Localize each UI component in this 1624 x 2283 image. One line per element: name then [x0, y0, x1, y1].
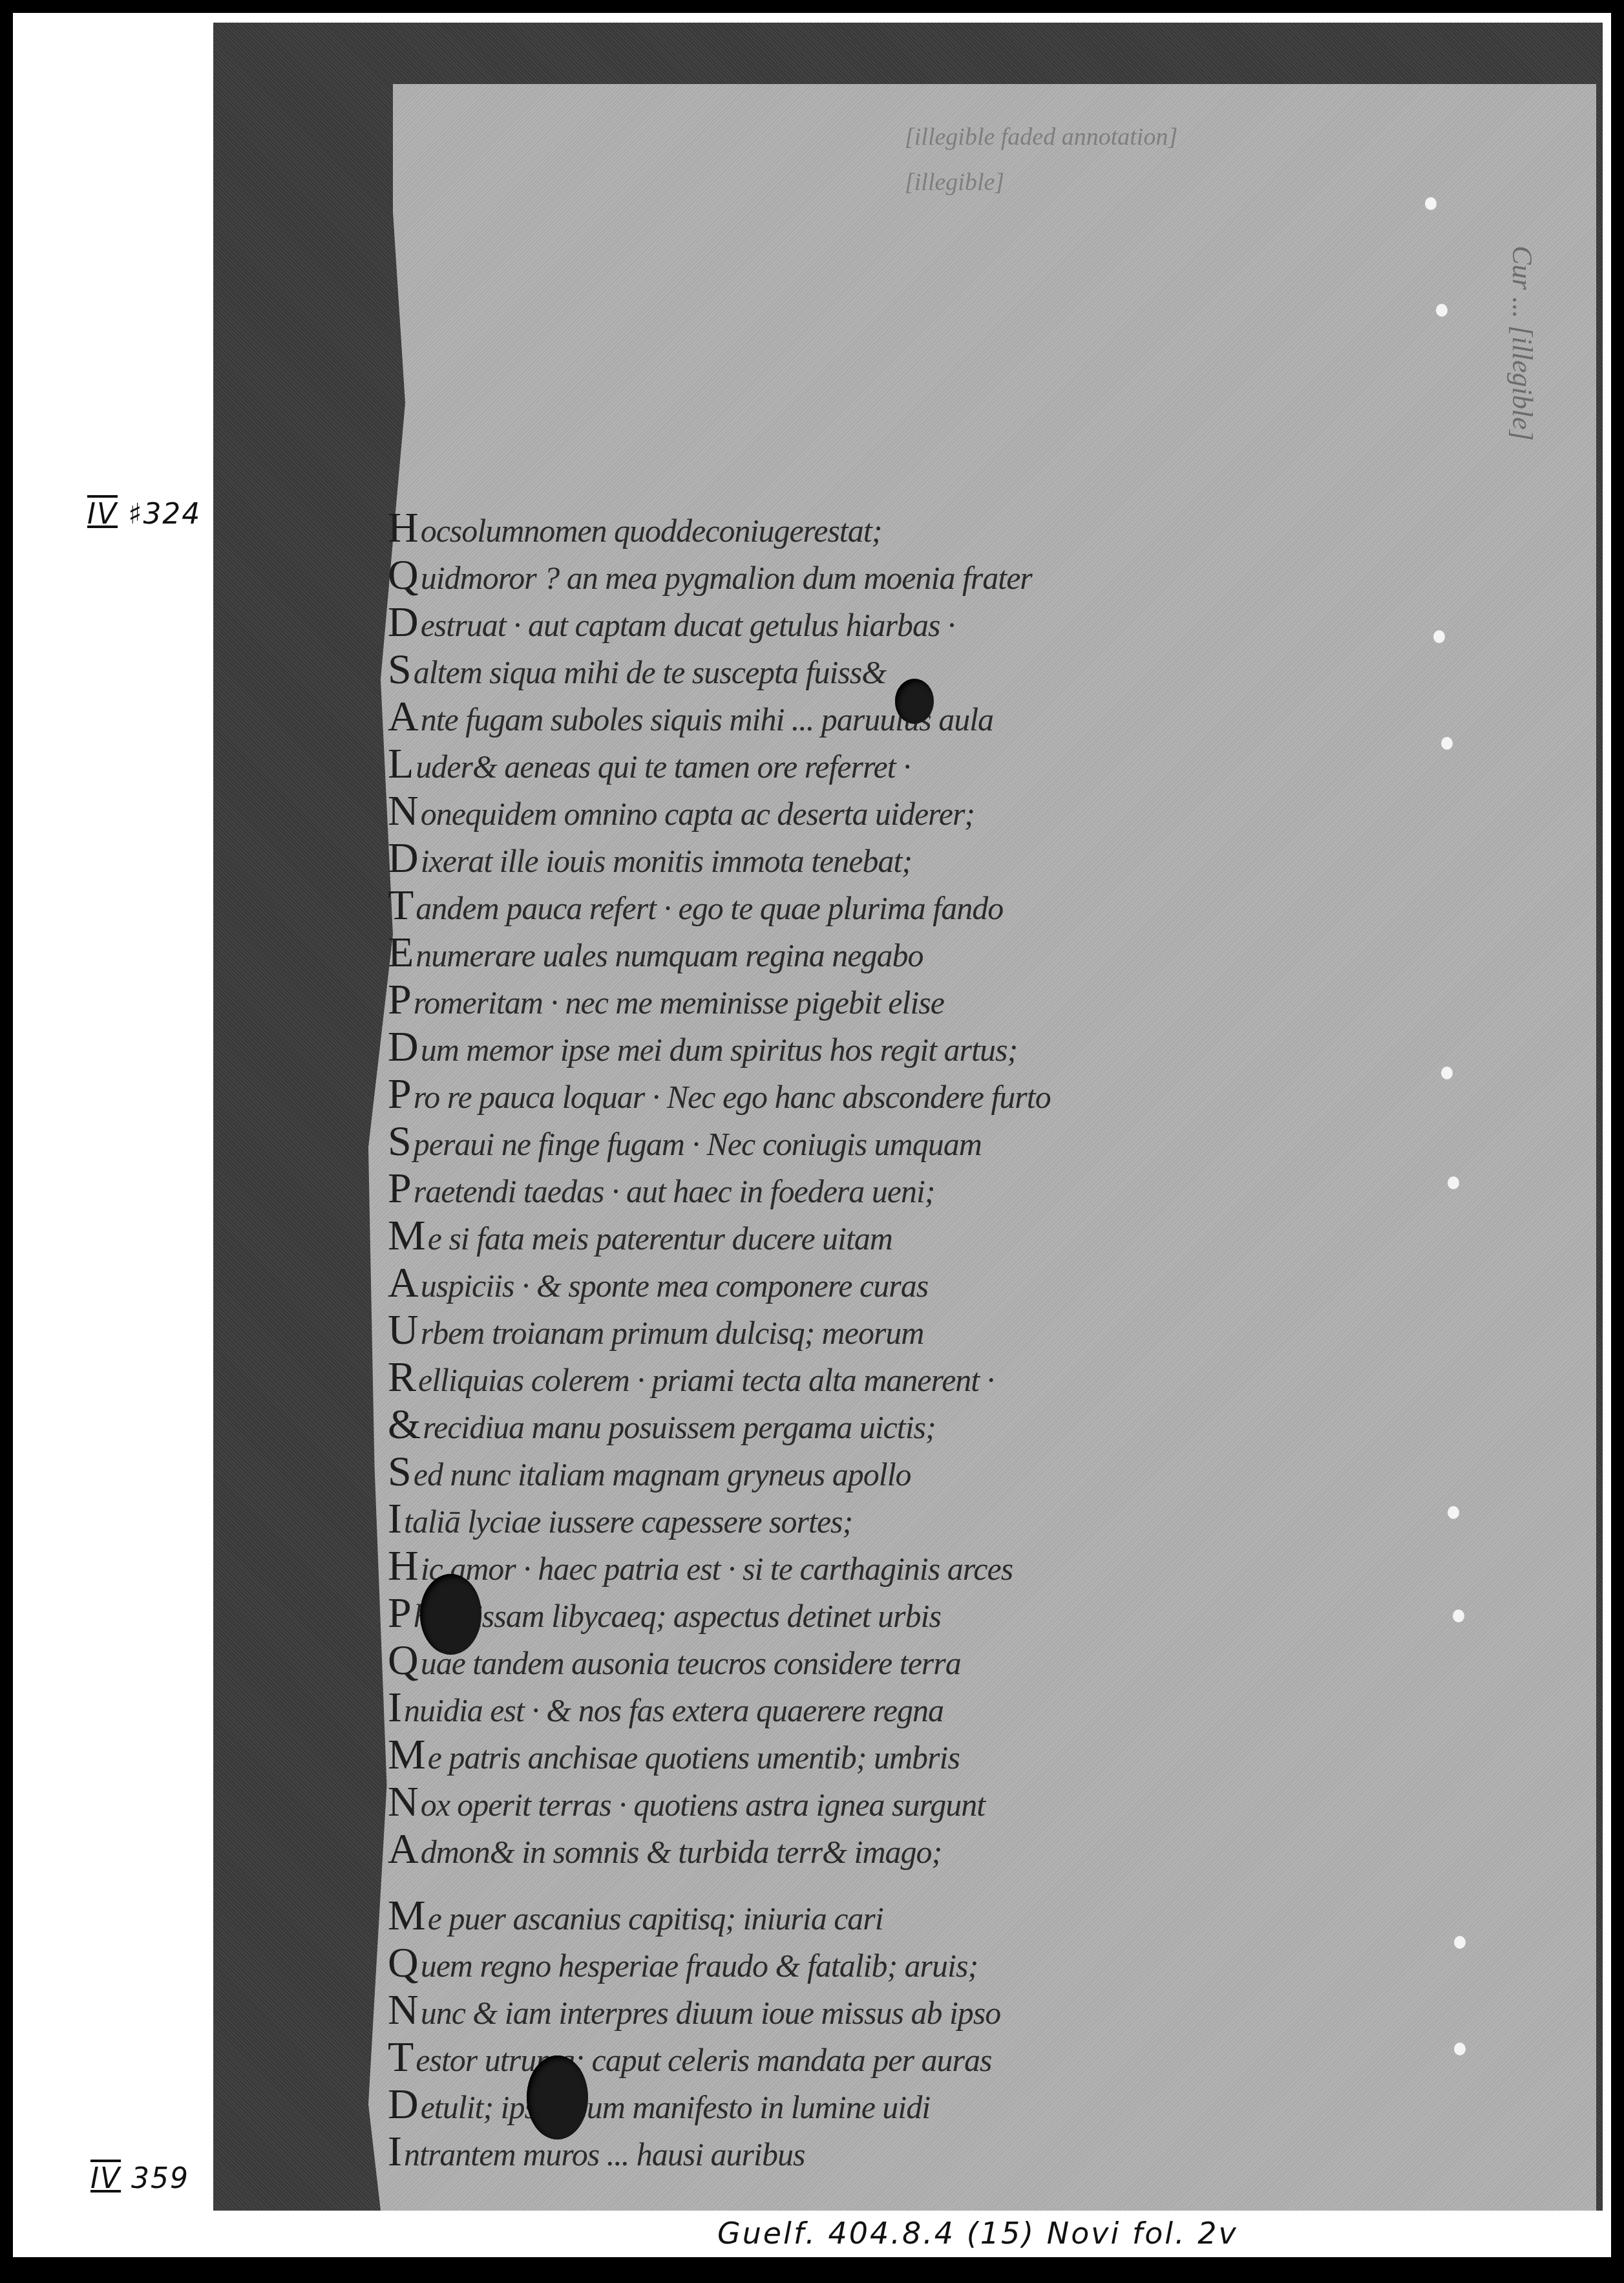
line-text: ic amor · haec patria est · si te cartha…: [421, 1551, 1013, 1587]
initial: T: [388, 2033, 413, 2081]
line-text: uae tandem ausonia teucros considere ter…: [421, 1645, 961, 1681]
initial: L: [388, 740, 413, 787]
manuscript-line: Pro re pauca loquar · Nec ego hanc absco…: [388, 1070, 1357, 1118]
white-spot: [1441, 737, 1453, 750]
initial: S: [388, 1118, 411, 1165]
initial: I: [388, 1495, 401, 1542]
white-spot: [1441, 1067, 1453, 1079]
line-text: ixerat ille iouis monitis immota tenebat…: [421, 843, 912, 879]
initial: D: [388, 599, 418, 646]
white-spot: [1436, 304, 1448, 317]
parchment-hole: [527, 2055, 588, 2140]
initial: M: [388, 1892, 425, 1939]
manuscript-line: Speraui ne finge fugam · Nec coniugis um…: [388, 1118, 1357, 1165]
line-text: uidmoror ? an mea pygmalion dum moenia f…: [421, 560, 1032, 596]
white-spot: [1448, 1506, 1459, 1519]
white-spot: [1454, 2043, 1466, 2055]
line-text: e si fata meis paterentur ducere uitam: [428, 1220, 892, 1257]
initial: Q: [388, 1939, 418, 1986]
initial: &: [388, 1401, 420, 1448]
initial: H: [388, 1542, 418, 1589]
initial: N: [388, 1778, 418, 1825]
line-text: etulit; ipse deum manifesto in lumine ui…: [421, 2089, 930, 2125]
manuscript-line: Destruat · aut captam ducat getulus hiar…: [388, 599, 1357, 646]
line-text: ocsolumnomen quoddeconiugerestat;: [421, 513, 882, 549]
manuscript-line: Ante fugam suboles siquis mihi ... paruu…: [388, 693, 1357, 740]
initial: Q: [388, 1637, 418, 1684]
manuscript-line: Enumerare uales numquam regina negabo: [388, 929, 1357, 976]
line-text: uder& aeneas qui te tamen ore referret ·: [416, 749, 910, 785]
initial: H: [388, 504, 418, 551]
line-text: estruat · aut captam ducat getulus hiarb…: [421, 607, 955, 643]
initial: A: [388, 1825, 418, 1873]
manuscript-line: Hic amor · haec patria est · si te carth…: [388, 1542, 1357, 1589]
line-text: uem regno hesperiae fraudo & fatalib; ar…: [421, 1948, 978, 1984]
line-text: um memor ipse mei dum spiritus hos regit…: [421, 1032, 1017, 1068]
initial: R: [388, 1354, 416, 1401]
shelfmark-caption: Guelf. 404.8.4 (15) Novi fol. 2v: [717, 2216, 1238, 2251]
manuscript-line: Luder& aeneas qui te tamen ore referret …: [388, 740, 1357, 787]
initial: Q: [388, 551, 418, 599]
initial: I: [388, 2128, 401, 2175]
initial: A: [388, 693, 418, 740]
manuscript-line: Inuidia est · & nos fas extera quaerere …: [388, 1684, 1357, 1731]
line-text: ox operit terras · quotiens astra ignea …: [421, 1787, 985, 1823]
parchment-hole: [895, 679, 934, 724]
white-spot: [1433, 630, 1445, 643]
initial: D: [388, 2081, 418, 2128]
line-text: e puer ascanius capitisq; iniuria cari: [428, 1900, 883, 1937]
line-text: uspiciis · & sponte mea componere curas: [421, 1268, 928, 1304]
manuscript-line: Dum memor ipse mei dum spiritus hos regi…: [388, 1023, 1357, 1070]
manuscript-line: Nox operit terras · quotiens astra ignea…: [388, 1778, 1357, 1825]
line-text: e patris anchisae quotiens umentib; umbr…: [428, 1739, 960, 1776]
line-number: 324: [143, 498, 201, 531]
manuscript-line: Relliquias colerem · priami tecta alta m…: [388, 1354, 1357, 1401]
manuscript-line: Admon& in somnis & turbida terr& imago;: [388, 1825, 1357, 1873]
line-text: numerare uales numquam regina negabo: [416, 937, 923, 973]
manuscript-line: Quidmoror ? an mea pygmalion dum moenia …: [388, 551, 1357, 599]
line-text: nuidia est · & nos fas extera quaerere r…: [404, 1692, 944, 1728]
initial: E: [388, 929, 413, 976]
hash-mark: ♯: [128, 498, 143, 531]
manuscript-line: Saltem siqua mihi de te suscepta fuiss&: [388, 646, 1357, 693]
manuscript-line: Me patris anchisae quotiens umentib; umb…: [388, 1731, 1357, 1778]
folio-reference-bottom: IV 359: [90, 2162, 189, 2195]
line-text: andem pauca refert · ego te quae plurima…: [416, 890, 1003, 926]
line-text: taliā lyciae iussere capessere sortes;: [404, 1503, 852, 1540]
initial: P: [388, 1070, 411, 1118]
manuscript-line: Tandem pauca refert · ego te quae plurim…: [388, 882, 1357, 929]
initial: I: [388, 1684, 401, 1731]
top-annotation-2: [illegible]: [905, 168, 1004, 196]
line-text: unc & iam interpres diuum ioue missus ab…: [421, 1995, 1001, 2031]
manuscript-text: Hocsolumnomen quoddeconiugerestat; Quidm…: [388, 504, 1357, 2175]
initial: U: [388, 1306, 418, 1354]
initial: D: [388, 1023, 418, 1070]
line-text: altem siqua mihi de te suscepta fuiss&: [414, 654, 886, 690]
manuscript-line: Quae tandem ausonia teucros considere te…: [388, 1637, 1357, 1684]
manuscript-line: Promeritam · nec me meminisse pigebit el…: [388, 976, 1357, 1023]
manuscript-line: Praetendi taedas · aut haec in foedera u…: [388, 1165, 1357, 1212]
line-text: hoenissam libycaeq; aspectus detinet urb…: [414, 1598, 941, 1634]
line-text: ro re pauca loquar · Nec ego hanc abscon…: [414, 1079, 1051, 1115]
initial: D: [388, 834, 418, 882]
white-spot: [1448, 1176, 1459, 1189]
right-margin-annotation: Cur ... [illegible]: [1506, 246, 1539, 441]
initial: N: [388, 787, 418, 834]
manuscript-line: Nunc & iam interpres diuum ioue missus a…: [388, 1986, 1357, 2033]
initial: N: [388, 1986, 418, 2033]
initial: S: [388, 1448, 411, 1495]
line-text: recidiua manu posuissem pergama uictis;: [423, 1409, 935, 1445]
manuscript-line: Dixerat ille iouis monitis immota teneba…: [388, 834, 1357, 882]
line-text: raetendi taedas · aut haec in foedera ue…: [414, 1173, 935, 1209]
white-spot: [1453, 1609, 1464, 1622]
line-text: ntrantem muros ... hausi auribus: [404, 2136, 805, 2172]
initial: P: [388, 1589, 411, 1637]
white-spot: [1454, 1936, 1466, 1949]
initial: S: [388, 646, 411, 693]
initial: M: [388, 1212, 425, 1259]
top-annotation-1: [illegible faded annotation]: [905, 123, 1177, 151]
manuscript-line: Italiā lyciae iussere capessere sortes;: [388, 1495, 1357, 1542]
manuscript-line: Quem regno hesperiae fraudo & fatalib; a…: [388, 1939, 1357, 1986]
line-text: rbem troianam primum dulcisq; meorum: [421, 1315, 924, 1351]
manuscript-line: &recidiua manu posuissem pergama uictis;: [388, 1401, 1357, 1448]
manuscript-line: Sed nunc italiam magnam gryneus apollo: [388, 1448, 1357, 1495]
manuscript-line: Urbem troianam primum dulcisq; meorum: [388, 1306, 1357, 1354]
initial: A: [388, 1259, 418, 1306]
line-gap: [388, 1873, 1357, 1892]
manuscript-line: Me si fata meis paterentur ducere uitam: [388, 1212, 1357, 1259]
parchment-hole: [420, 1574, 481, 1655]
line-text: romeritam · nec me meminisse pigebit eli…: [414, 984, 944, 1021]
line-text: ed nunc italiam magnam gryneus apollo: [414, 1456, 911, 1492]
initial: P: [388, 976, 411, 1023]
manuscript-line: Hocsolumnomen quoddeconiugerestat;: [388, 504, 1357, 551]
manuscript-line: Intrantem muros ... hausi auribus: [388, 2128, 1357, 2175]
roman-numeral: IV: [90, 2162, 121, 2195]
line-text: elliquias colerem · priami tecta alta ma…: [418, 1362, 994, 1398]
manuscript-line: Nonequidem omnino capta ac deserta uider…: [388, 787, 1357, 834]
manuscript-line: Me puer ascanius capitisq; iniuria cari: [388, 1892, 1357, 1939]
roman-numeral: IV: [87, 498, 118, 531]
line-text: onequidem omnino capta ac deserta uidere…: [421, 796, 975, 832]
line-text: dmon& in somnis & turbida terr& imago;: [421, 1834, 942, 1870]
folio-reference-top: IV ♯324: [87, 498, 201, 531]
line-number: 359: [131, 2162, 189, 2195]
line-text: peraui ne finge fugam · Nec coniugis umq…: [414, 1126, 982, 1162]
initial: T: [388, 882, 413, 929]
manuscript-line: Phoenissam libycaeq; aspectus detinet ur…: [388, 1589, 1357, 1637]
initial: P: [388, 1165, 411, 1212]
line-text: estor utrumq; caput celeris mandata per …: [416, 2042, 991, 2078]
white-spot: [1425, 197, 1437, 210]
manuscript-line: Auspiciis · & sponte mea componere curas: [388, 1259, 1357, 1306]
initial: M: [388, 1731, 425, 1778]
